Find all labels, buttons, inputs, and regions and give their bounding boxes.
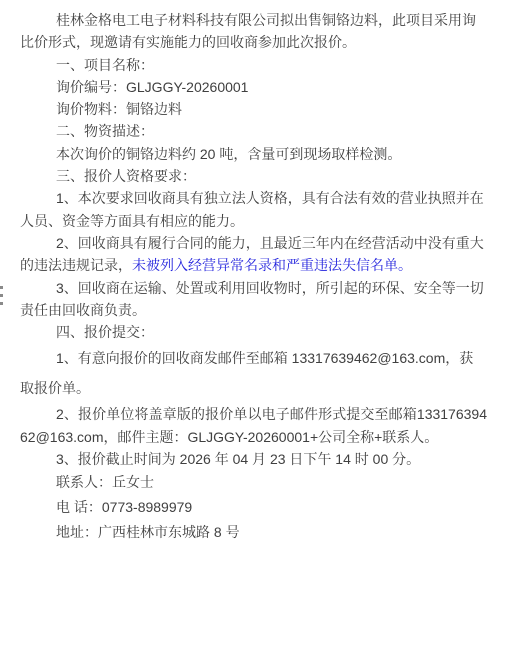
paragraph-inquiry-number: 询价编号：GLJGGY-20260001 <box>20 76 487 98</box>
highlight-text: 未被列入经营异常名录和严重违法失信名单。 <box>132 257 412 273</box>
document-page: 桂林金格电工电子材料科技有限公司拟出售铜铬边料，此项目采用询比价形式，现邀请有实… <box>0 0 516 660</box>
document-body: 桂林金格电工电子材料科技有限公司拟出售铜铬边料，此项目采用询比价形式，现邀请有实… <box>0 0 516 545</box>
paragraph-contact-phone: 电 话：0773-8989979 <box>20 495 487 520</box>
paragraph-inquiry-material: 询价物料：铜铬边料 <box>20 98 487 120</box>
paragraph-requirement-1: 1、本次要求回收商具有独立法人资格，具有合法有效的营业执照并在人员、资金等方面具… <box>20 187 487 232</box>
paragraph-material-description: 本次询价的铜铬边料约 20 吨，含量可到现场取样检测。 <box>20 143 487 165</box>
paragraph-requirement-3: 3、回收商在运输、处置或利用回收物时，所引起的环保、安全等一切责任由回收商负责。 <box>20 277 487 322</box>
paragraph-section-1-heading: 一、项目名称： <box>20 54 487 76</box>
paragraph-contact-address: 地址：广西桂林市东城路 8 号 <box>20 520 487 545</box>
paragraph-submission-3: 3、报价截止时间为 2026 年 04 月 23 日下午 14 时 00 分。 <box>20 448 487 470</box>
paragraph-intro: 桂林金格电工电子材料科技有限公司拟出售铜铬边料，此项目采用询比价形式，现邀请有实… <box>20 9 487 54</box>
paragraph-section-2-heading: 二、物资描述： <box>20 120 487 142</box>
paragraph-section-4-heading: 四、报价提交： <box>20 321 487 343</box>
paragraph-submission-2: 2、报价单位将盖章版的报价单以电子邮件形式提交至邮箱13317639462@16… <box>20 403 487 448</box>
paragraph-submission-1: 1、有意向报价的回收商发邮件至邮箱 13317639462@163.com，获取… <box>20 343 487 403</box>
paragraph-section-3-heading: 三、报价人资格要求： <box>20 165 487 187</box>
paragraph-contact-name: 联系人：丘女士 <box>20 470 487 495</box>
paragraph-requirement-2: 2、回收商具有履行合同的能力，且最近三年内在经营活动中没有重大的违法违规记录，未… <box>20 232 487 277</box>
